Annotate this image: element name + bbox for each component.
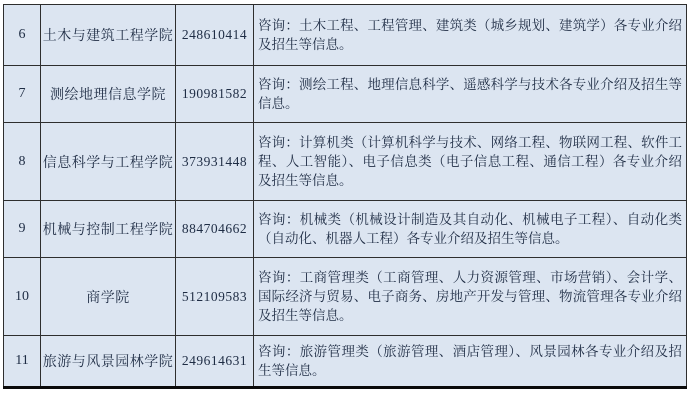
- row-number-cell: 11: [4, 336, 41, 388]
- table-row: 9机械与控制工程学院884704662咨询：机械类（机械设计制造及其自动化、机械…: [4, 201, 687, 258]
- college-name-cell: 商学院: [41, 258, 176, 336]
- college-name-cell: 土木与建筑工程学院: [41, 5, 176, 66]
- table-row: 10商学院512109583咨询：工商管理类（工商管理、人力资源管理、市场营销）…: [4, 258, 687, 336]
- table-row: 7测绘地理信息学院190981582咨询：测绘工程、地理信息科学、遥感科学与技术…: [4, 66, 687, 123]
- consultation-description-cell: 咨询：工商管理类（工商管理、人力资源管理、市场营销）、会计学、国际经济与贸易、电…: [254, 258, 687, 336]
- consultation-description-cell: 咨询：计算机类（计算机科学与技术、网络工程、物联网工程、软件工程、人工智能）、电…: [254, 123, 687, 201]
- college-name-cell: 信息科学与工程学院: [41, 123, 176, 201]
- college-name-cell: 机械与控制工程学院: [41, 201, 176, 258]
- qq-group-number-cell: 373931448: [176, 123, 254, 201]
- consultation-description-cell: 咨询：测绘工程、地理信息科学、遥感科学与技术各专业介绍及招生等信息。: [254, 66, 687, 123]
- row-number-cell: 6: [4, 5, 41, 66]
- college-name-cell: 测绘地理信息学院: [41, 66, 176, 123]
- document-page: 6土木与建筑工程学院248610414咨询：土木工程、工程管理、建筑类（城乡规划…: [0, 0, 692, 394]
- row-number-cell: 10: [4, 258, 41, 336]
- qq-group-number-cell: 884704662: [176, 201, 254, 258]
- row-number-cell: 9: [4, 201, 41, 258]
- qq-group-number-cell: 190981582: [176, 66, 254, 123]
- row-number-cell: 7: [4, 66, 41, 123]
- college-qq-consult-table: 6土木与建筑工程学院248610414咨询：土木工程、工程管理、建筑类（城乡规划…: [3, 4, 687, 389]
- qq-group-number-cell: 249614631: [176, 336, 254, 388]
- table-body: 6土木与建筑工程学院248610414咨询：土木工程、工程管理、建筑类（城乡规划…: [4, 5, 687, 388]
- table-row: 11旅游与风景园林学院249614631咨询：旅游管理类（旅游管理、酒店管理）、…: [4, 336, 687, 388]
- row-number-cell: 8: [4, 123, 41, 201]
- consultation-description-cell: 咨询：机械类（机械设计制造及其自动化、机械电子工程）、自动化类（自动化、机器人工…: [254, 201, 687, 258]
- qq-group-number-cell: 512109583: [176, 258, 254, 336]
- consultation-description-cell: 咨询：旅游管理类（旅游管理、酒店管理）、风景园林各专业介绍及招生等信息。: [254, 336, 687, 388]
- consultation-description-cell: 咨询：土木工程、工程管理、建筑类（城乡规划、建筑学）各专业介绍及招生等信息。: [254, 5, 687, 66]
- college-name-cell: 旅游与风景园林学院: [41, 336, 176, 388]
- table-row: 8信息科学与工程学院373931448咨询：计算机类（计算机科学与技术、网络工程…: [4, 123, 687, 201]
- qq-group-number-cell: 248610414: [176, 5, 254, 66]
- table-row: 6土木与建筑工程学院248610414咨询：土木工程、工程管理、建筑类（城乡规划…: [4, 5, 687, 66]
